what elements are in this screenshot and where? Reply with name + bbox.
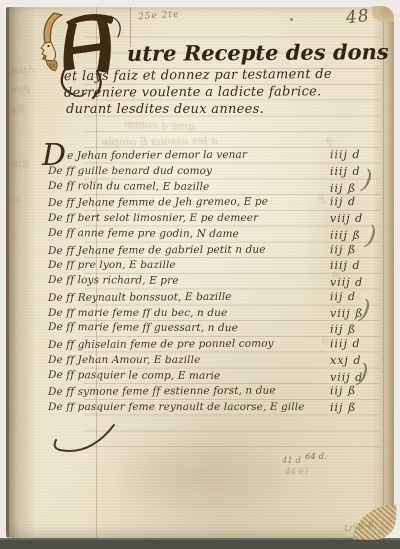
entry-row: De ff Jehane femme de Jeh gremeo, E peii… bbox=[42, 195, 384, 213]
entry-text: De ff anne feme pre godin, N dame bbox=[48, 227, 239, 240]
entry-amount: iij ß bbox=[330, 243, 356, 256]
entry-text: De ff loys richard, E pre bbox=[48, 274, 179, 287]
show-through-mark: Apud bbox=[8, 64, 35, 77]
final-line-swash bbox=[50, 422, 130, 470]
pencil-note: 41 d bbox=[282, 456, 301, 466]
binding-edge bbox=[6, 7, 9, 538]
show-through-mark: Byz bbox=[7, 104, 26, 116]
entry-row: De ff symone feme ff estienne forst, n d… bbox=[42, 384, 384, 402]
entry-amount: iij d bbox=[330, 290, 356, 303]
pencil-note: 64 d. bbox=[305, 452, 327, 462]
entry-amount: iij ß bbox=[330, 323, 356, 336]
show-through-mark: afs bbox=[6, 194, 22, 206]
entry-amount: iiij d bbox=[330, 337, 361, 350]
entry-text: De ff ghiselain feme de pre ponnel comoy bbox=[48, 338, 274, 351]
entry-text: De ff pasquier le comp, E marie bbox=[48, 368, 220, 381]
archival-note: 25e 2te bbox=[138, 10, 180, 23]
entries-list: De Jehan fonderier demor la venariiij dD… bbox=[42, 149, 384, 424]
entry-amount: iij ß bbox=[330, 384, 356, 397]
entry-amount: iiij d bbox=[330, 148, 361, 161]
entry-row: De ff bert selot limosnier, E pe demeerv… bbox=[42, 212, 384, 228]
entry-row: De ff pre lyon, E bazilleiiij d bbox=[42, 259, 384, 275]
entry-row: De ff guille benard dud comoyiiij d bbox=[42, 165, 384, 181]
entry-amount: iiij d bbox=[330, 165, 361, 178]
entry-row: De ff pasquier feme reynault de lacorse,… bbox=[42, 401, 384, 417]
gothic-letter-strokes bbox=[64, 14, 114, 73]
parchment-stain bbox=[106, 437, 296, 517]
entry-amount: iij ß bbox=[330, 181, 356, 194]
entry-amount: xxj d bbox=[330, 354, 361, 367]
entry-row: De ff Jehane feme de gabriel petit n due… bbox=[42, 242, 384, 260]
show-through-mark: a les assous E omple bbox=[102, 134, 218, 149]
show-through-mark: Rjm bbox=[8, 158, 29, 171]
scan-background: 48 25e 2te utre bbox=[0, 0, 400, 549]
hooded-face-illustration bbox=[41, 13, 62, 71]
show-through-mark: Pjm bbox=[10, 84, 30, 97]
entry-text: De ff pre lyon, E bazille bbox=[48, 259, 176, 271]
entry-text: De ff Jehan Amour, E bazille bbox=[48, 354, 200, 366]
entry-amount: iiij ß bbox=[330, 228, 361, 241]
entry-text: De ff guille benard dud comoy bbox=[48, 165, 212, 177]
manuscript-page: 48 25e 2te utre bbox=[6, 7, 394, 538]
entry-amount: iiij d bbox=[330, 259, 361, 272]
entry-row: De ff Jehan Amour, E bazillexxj d bbox=[42, 354, 384, 370]
entry-text: De ff marie feme ff guessart, n due bbox=[48, 321, 238, 334]
entry-amount: iij ß bbox=[330, 401, 356, 414]
entry-amount: viij d bbox=[330, 276, 363, 289]
entry-text: De ff pasquier feme reynault de lacorse,… bbox=[48, 401, 305, 413]
entry-text: De ff bert selot limosnier, E pe demeer bbox=[48, 212, 258, 224]
heading-line-3: derreniere voulente a ladicte fabrice. bbox=[64, 84, 322, 100]
folio-number: 48 bbox=[345, 6, 371, 28]
entry-text: De ff rolin du camel, E bazille bbox=[48, 179, 209, 192]
heading-line-2: et lays faiz et donnez par testament de bbox=[64, 67, 332, 84]
show-through-mark: 9 bbox=[326, 137, 333, 149]
heading-line-1: utre Recepte des dons bbox=[127, 39, 389, 66]
entry-row: De ff loys richard, E previij d bbox=[42, 274, 384, 292]
show-through-mark: ame a comm bbox=[124, 118, 195, 133]
entry-amount: viij d bbox=[330, 212, 363, 225]
entry-row: De Jehan fonderier demor la venariiij d bbox=[42, 148, 384, 166]
show-through-mark: g bbox=[9, 229, 17, 241]
entry-text: De ff Reynault bonssuot, E bazille bbox=[48, 291, 232, 304]
entry-text: De Jehan fonderier demor la venar bbox=[42, 149, 247, 162]
entry-text: De ff symone feme ff estienne forst, n d… bbox=[48, 385, 276, 398]
entry-row: De ff Reynault bonssuot, E bazilleiij d bbox=[42, 290, 384, 308]
entry-row: De ff marie feme ff du bec, n dueviij ß bbox=[42, 307, 384, 323]
entry-row: De ff anne feme pre godin, N dameiiij ß bbox=[42, 227, 384, 245]
entry-amount: iij d bbox=[330, 195, 356, 208]
entry-text: De ff Jehane femme de Jeh gremeo, E pe bbox=[48, 196, 268, 209]
heading-line-4: durant lesdites deux annees. bbox=[66, 102, 264, 117]
entry-text: De ff marie feme ff du bec, n due bbox=[48, 307, 227, 319]
pencil-note: 44 61 bbox=[285, 467, 309, 477]
entry-text: De ff Jehane feme de gabriel petit n due bbox=[48, 243, 266, 256]
scan-table-edge bbox=[0, 538, 400, 549]
ink-dot bbox=[290, 18, 293, 21]
entry-row: De ff ghiselain feme de pre ponnel comoy… bbox=[42, 337, 384, 355]
